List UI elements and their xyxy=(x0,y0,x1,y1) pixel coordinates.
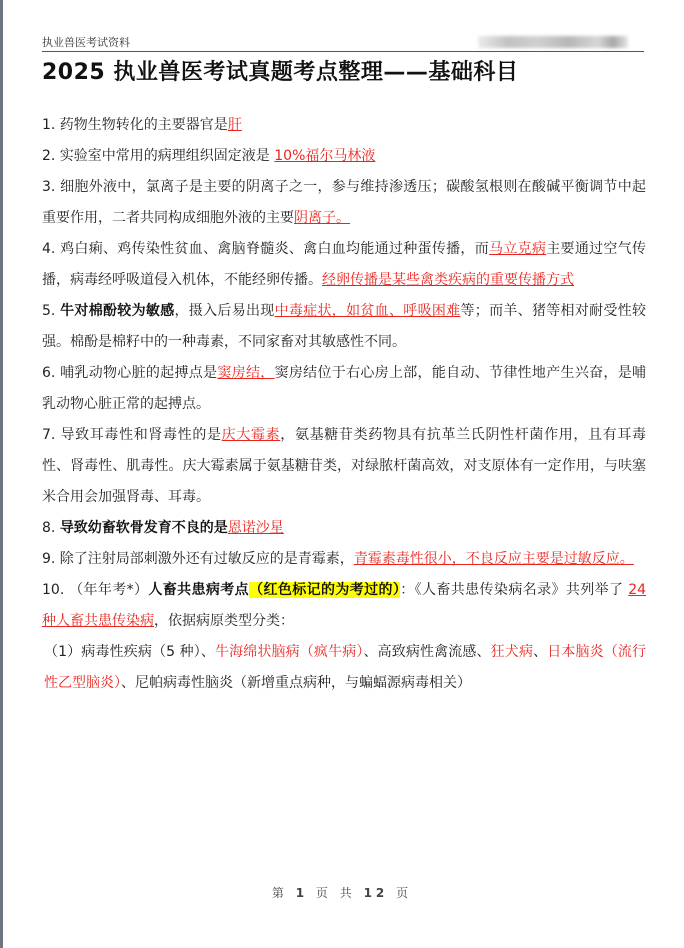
item-text: 7. 导致耳毒性和肾毒性的是 xyxy=(42,427,222,443)
item-6: 6. 哺乳动物心脏的起搏点是窦房结，窦房结位于右心房上部，能自动、节律性地产生兴… xyxy=(42,358,646,420)
yellow-highlight-note: （红色标记的为考过的） xyxy=(249,582,400,598)
tested-disease: 牛海绵状脑病（疯牛病） xyxy=(215,644,363,660)
page-label: 页 共 xyxy=(316,886,356,900)
answer-highlight: 肝 xyxy=(228,117,242,133)
document-body: 1. 药物生物转化的主要器官是肝 2. 实验室中常用的病理组织固定液是 10%福… xyxy=(42,110,646,699)
item-2: 2. 实验室中常用的病理组织固定液是 10%福尔马林液 xyxy=(42,141,646,172)
document-page: 执业兽医考试资料 2025 执业兽医考试真题考点整理——基础科目 1. 药物生物… xyxy=(0,0,684,948)
item-text: ，依据病原类型分类： xyxy=(154,613,294,629)
document-title: 2025 执业兽医考试真题考点整理——基础科目 xyxy=(42,58,518,88)
answer-highlight: 窦房结， xyxy=(217,365,274,381)
item-4: 4. 鸡白痢、鸡传染性贫血、禽脑脊髓炎、禽白血均能通过种蛋传播，而马立克病主要通… xyxy=(42,234,646,296)
item-number: 5. xyxy=(42,303,60,319)
current-page-number: 1 xyxy=(296,886,308,900)
item-10-sub-1: （1）病毒性疾病（5 种）、牛海绵状脑病（疯牛病）、高致病性禽流感、狂犬病、日本… xyxy=(42,637,646,699)
item-text: （1）病毒性疾病（5 种）、 xyxy=(44,644,215,660)
item-text: 2. 实验室中常用的病理组织固定液是 xyxy=(42,148,274,164)
item-text: 、 xyxy=(533,644,547,660)
page-label: 第 xyxy=(272,886,288,900)
answer-highlight: 中毒症状，如贫血、呼吸困难 xyxy=(275,303,461,319)
item-number: 8. xyxy=(42,520,60,536)
item-text: 、尼帕病毒性脑炎（新增重点病种，与蝙蝠源病毒相关） xyxy=(121,675,471,691)
item-5: 5. 牛对棉酚较为敏感，摄入后易出现中毒症状，如贫血、呼吸困难等；而羊、猪等相对… xyxy=(42,296,646,358)
bold-keypoint: 导致幼畜软骨发育不良的是 xyxy=(60,520,228,536)
total-pages-number: 12 xyxy=(364,886,389,900)
answer-highlight: 阴离子。 xyxy=(294,210,350,226)
answer-highlight: 经卵传播是某些禽类疾病的重要传播方式 xyxy=(322,272,574,288)
page-label: 页 xyxy=(396,886,412,900)
item-text: 6. 哺乳动物心脏的起搏点是 xyxy=(42,365,217,381)
item-text: 9. 除了注射局部刺激外还有过敏反应的是青霉素， xyxy=(42,551,354,567)
item-1: 1. 药物生物转化的主要器官是肝 xyxy=(42,110,646,141)
answer-highlight: 恩诺沙星 xyxy=(228,520,284,536)
page-footer: 第 1 页 共 12 页 xyxy=(0,884,684,901)
blurred-watermark xyxy=(478,36,628,48)
answer-highlight: 青霉素毒性很小，不良反应主要是过敏反应。 xyxy=(354,551,634,567)
header-divider xyxy=(42,51,644,52)
item-3: 3. 细胞外液中，氯离子是主要的阴离子之一，参与维持渗透压；碳酸氢根则在酸碱平衡… xyxy=(42,172,646,234)
item-text: 、高致病性禽流感、 xyxy=(363,644,490,660)
item-number: 10. （年年考*） xyxy=(42,582,148,598)
item-text: 4. 鸡白痢、鸡传染性贫血、禽脑脊髓炎、禽白血均能通过种蛋传播，而 xyxy=(42,241,489,257)
item-text: ：《人畜共患传染病名录》共列举了 xyxy=(400,582,628,598)
item-9: 9. 除了注射局部刺激外还有过敏反应的是青霉素，青霉素毒性很小，不良反应主要是过… xyxy=(42,544,646,575)
answer-highlight: 庆大霉素 xyxy=(222,427,281,443)
item-text: ，摄入后易出现 xyxy=(175,303,275,319)
bold-keypoint: 牛对棉酚较为敏感 xyxy=(60,303,174,319)
item-text: 1. 药物生物转化的主要器官是 xyxy=(42,117,228,133)
bold-keypoint: 人畜共患病考点 xyxy=(148,582,249,598)
tested-disease: 狂犬病 xyxy=(491,644,533,660)
answer-highlight: 10%福尔马林液 xyxy=(274,148,375,164)
answer-highlight: 马立克病 xyxy=(489,241,546,257)
item-8: 8. 导致幼畜软骨发育不良的是恩诺沙星 xyxy=(42,513,646,544)
item-10: 10. （年年考*）人畜共患病考点（红色标记的为考过的）：《人畜共患传染病名录》… xyxy=(42,575,646,637)
item-7: 7. 导致耳毒性和肾毒性的是庆大霉素，氨基糖苷类药物具有抗革兰氏阴性杆菌作用，且… xyxy=(42,420,646,513)
